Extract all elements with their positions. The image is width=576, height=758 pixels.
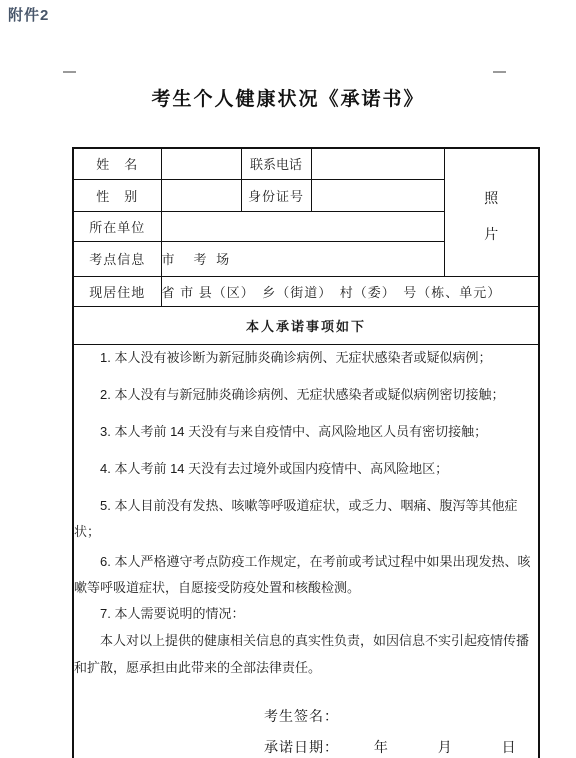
row-commitments: 1. 本人没有被诊断为新冠肺炎确诊病例、无症状感染者或疑似病例； 2. 本人没有… [73, 344, 539, 758]
gender-value-cell [161, 179, 241, 211]
date-row: 承诺日期： 年 月 日 [264, 734, 538, 758]
photo-box: 照片 [444, 148, 539, 276]
unit-value-cell [161, 211, 444, 241]
date-month-label: 月 [438, 734, 453, 758]
name-label: 姓 名 [73, 148, 161, 179]
commitment-item-6: 6. 本人严格遵守考点防疫工作规定，在考前或考试过程中如果出现发热、咳嗽等呼吸道… [74, 549, 538, 601]
row-section-header: 本人承诺事项如下 [73, 306, 539, 344]
date-day-label: 日 [502, 734, 517, 758]
signature-label: 考生签名： [264, 708, 339, 724]
commitment-item-5: 5. 本人目前没有发热、咳嗽等呼吸道症状，或乏力、咽痛、腹泻等其他症状； [74, 493, 538, 545]
signature-row: 考生签名： [264, 703, 538, 729]
health-commitment-form: 姓 名 联系电话 照片 性 别 身份证号 所在单位 考点信息 市 考 场 现居住… [72, 147, 540, 758]
page-title: 考生个人健康状况《承诺书》 [0, 84, 576, 111]
date-year-label: 年 [374, 734, 389, 758]
commitment-item-1: 1. 本人没有被诊断为新冠肺炎确诊病例、无症状感染者或疑似病例； [74, 345, 538, 371]
row-residence: 现居住地 省 市 县（区） 乡（街道） 村（委） 号（栋、单元） [73, 276, 539, 306]
residence-label: 现居住地 [73, 276, 161, 306]
id-label: 身份证号 [241, 179, 311, 211]
closing-statement: 本人对以上提供的健康相关信息的真实性负责，如因信息不实引起疫情传播和扩散，愿承担… [74, 627, 538, 681]
exam-site-label: 考点信息 [73, 241, 161, 276]
crop-mark-right [493, 71, 506, 73]
commitments-content: 1. 本人没有被诊断为新冠肺炎确诊病例、无症状感染者或疑似病例； 2. 本人没有… [73, 344, 539, 758]
commitment-item-4: 4. 本人考前 14 天没有去过境外或国内疫情中、高风险地区； [74, 456, 538, 482]
gender-label: 性 别 [73, 179, 161, 211]
residence-value: 省 市 县（区） 乡（街道） 村（委） 号（栋、单元） [161, 276, 539, 306]
commitment-item-2: 2. 本人没有与新冠肺炎确诊病例、无症状感染者或疑似病例密切接触； [74, 382, 538, 408]
phone-label: 联系电话 [241, 148, 311, 179]
unit-label: 所在单位 [73, 211, 161, 241]
document-page: { "page": { "attachment_label": "附件2", "… [0, 0, 576, 758]
signature-block: 考生签名： 承诺日期： 年 月 日 [264, 703, 538, 758]
photo-label: 照片 [483, 180, 499, 252]
exam-site-value: 市 考 场 [161, 241, 444, 276]
phone-value-cell [311, 148, 444, 179]
attachment-label: 附件2 [8, 4, 49, 25]
section-title: 本人承诺事项如下 [73, 306, 539, 344]
crop-mark-left [63, 71, 76, 73]
id-value-cell [311, 179, 444, 211]
row-name-phone: 姓 名 联系电话 照片 [73, 148, 539, 179]
commitment-item-7: 7. 本人需要说明的情况： [74, 601, 538, 627]
name-value-cell [161, 148, 241, 179]
commitment-item-3: 3. 本人考前 14 天没有与来自疫情中、高风险地区人员有密切接触； [74, 419, 538, 445]
date-label: 承诺日期： [264, 739, 339, 755]
